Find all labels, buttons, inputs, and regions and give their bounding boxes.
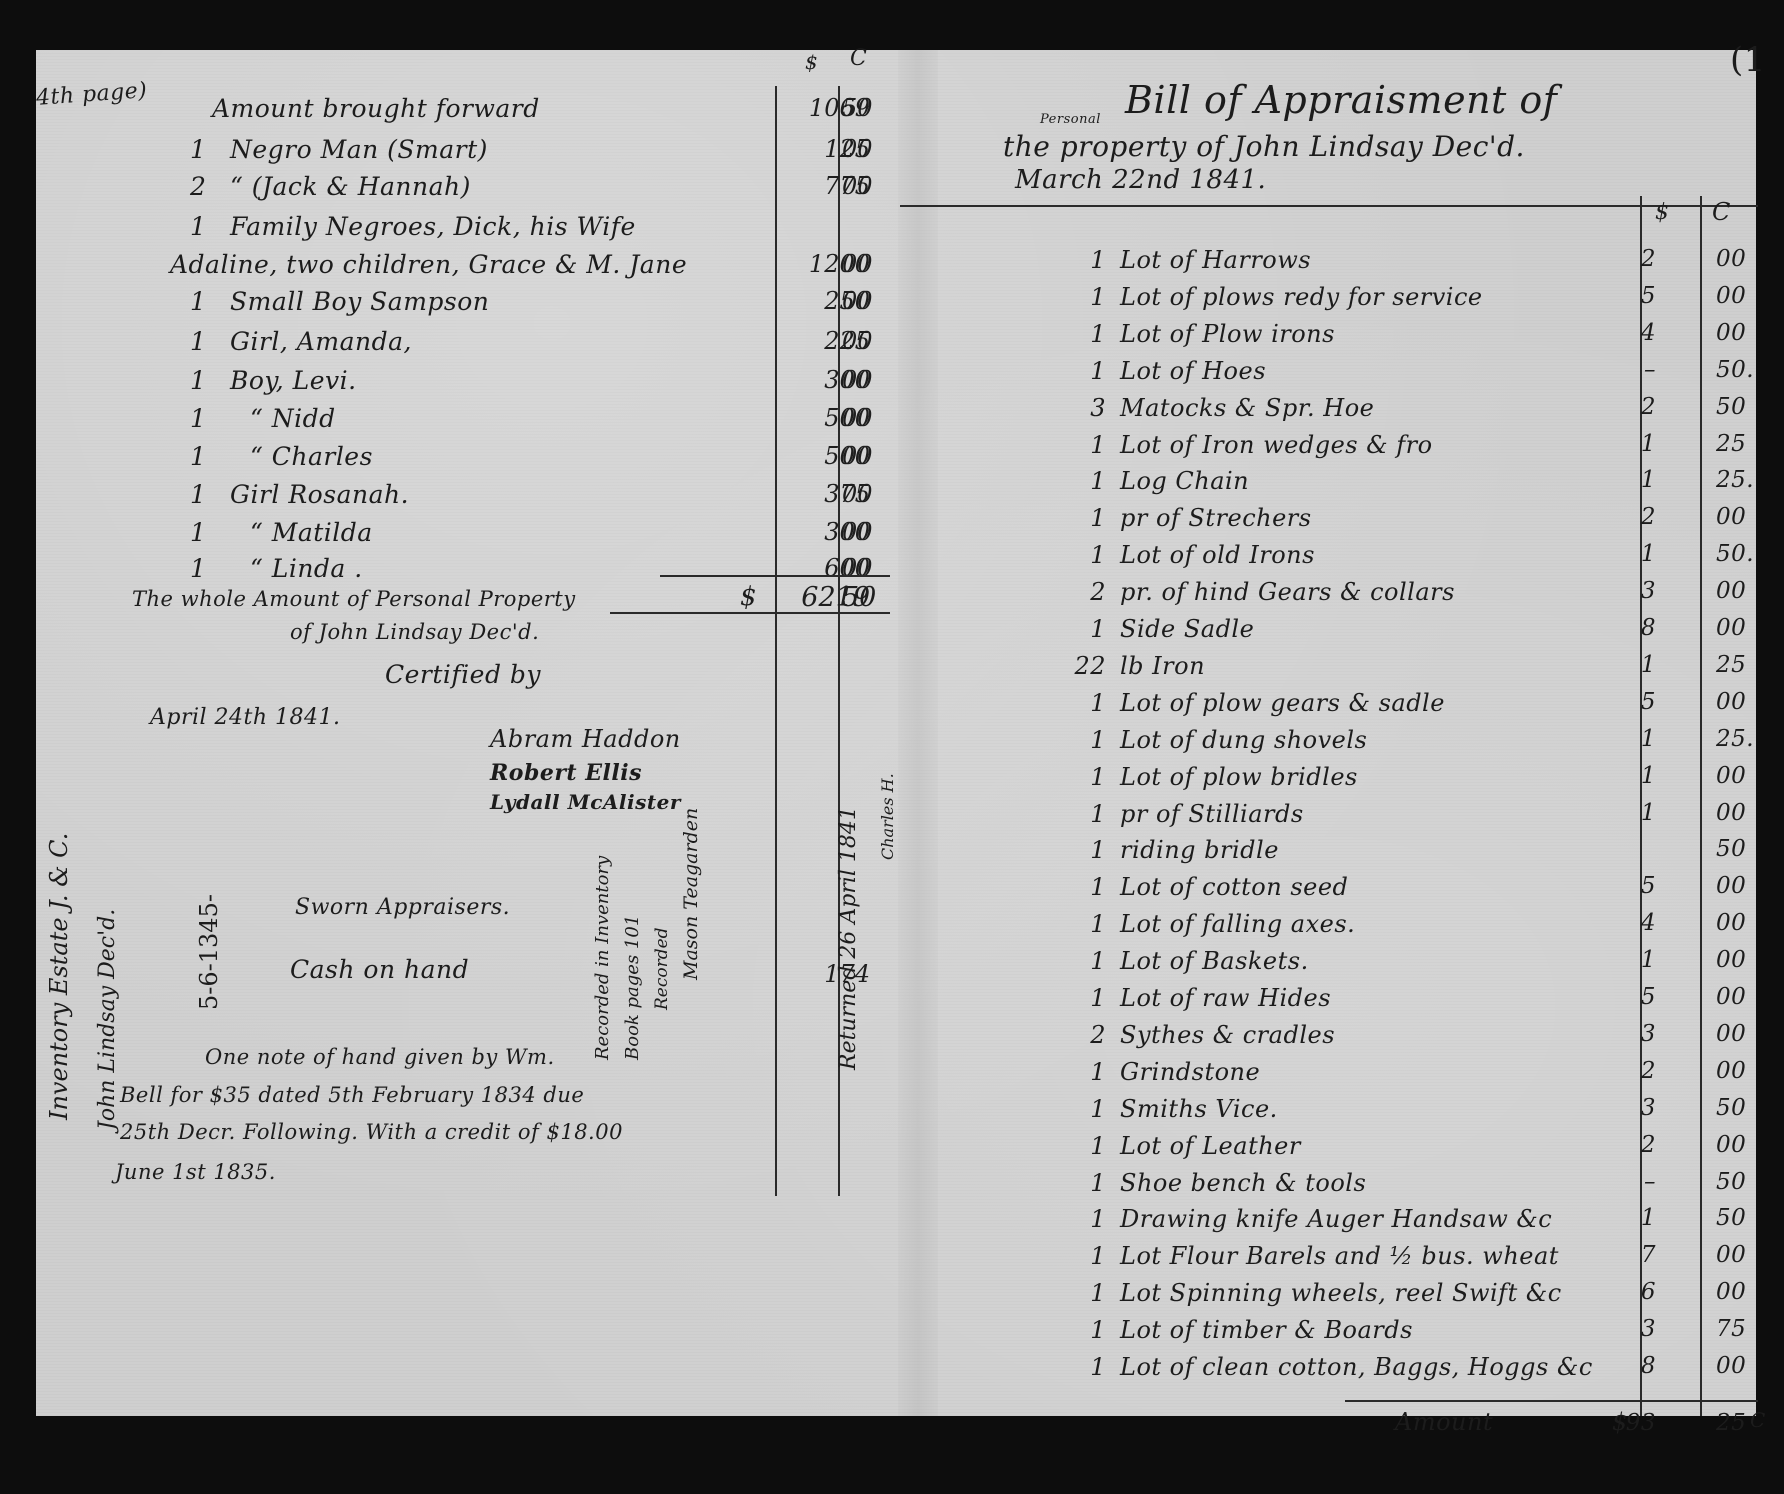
item-cents: 00: [842, 404, 892, 432]
item-desc: Shoe bench & tools: [1120, 1169, 1366, 1197]
item-qty: 1: [1070, 1132, 1106, 1160]
item-desc: Lot of clean cotton, Baggs, Hoggs &c: [1120, 1353, 1593, 1381]
item-desc: Lot of Plow irons: [1120, 320, 1335, 348]
item-desc: Smiths Vice.: [1120, 1095, 1278, 1123]
item-cents: 00: [1716, 873, 1766, 899]
item-desc: Lot of raw Hides: [1120, 984, 1331, 1012]
item-qty: 2: [1070, 578, 1106, 606]
item-cents: 00: [842, 135, 892, 163]
item-qty: 1: [1070, 1279, 1106, 1307]
item-qty: 1: [1070, 357, 1106, 385]
item-qty: 1: [1070, 984, 1106, 1012]
item-dollars: 1: [1600, 467, 1656, 493]
item-qty: 1: [1070, 615, 1106, 643]
item-dollars: 4: [1600, 910, 1656, 936]
item-qty: 1: [190, 404, 220, 433]
item-cents: 25.: [1716, 726, 1766, 752]
item-dollars: 2: [1600, 246, 1656, 272]
item-desc: riding bridle: [1120, 836, 1279, 864]
brought-forward-cents: 50: [842, 94, 892, 122]
item-desc: Matocks & Spr. Hoe: [1120, 394, 1374, 422]
item-desc: Lot of plows redy for service: [1120, 283, 1483, 311]
item-desc: Lot of Hoes: [1120, 357, 1266, 385]
item-qty: 1: [1070, 1316, 1106, 1344]
item-cents: 00: [1716, 910, 1766, 936]
item-desc: Negro Man (Smart): [230, 135, 488, 164]
item-cents: 25: [1716, 652, 1766, 678]
item-cents: 00: [1716, 320, 1766, 346]
item-cents: 00: [1716, 1242, 1766, 1268]
item-dollars: –: [1600, 1169, 1656, 1195]
item-desc: Lot of Harrows: [1120, 246, 1311, 274]
item-dollars: 5: [1600, 984, 1656, 1010]
item-qty: 1: [1070, 1058, 1106, 1086]
returned-note-line1: Returned 26 April 1841: [836, 806, 861, 1070]
item-qty: 1: [1070, 1353, 1106, 1381]
item-cents: 00: [1716, 689, 1766, 715]
subtitle-insert: Personal: [1040, 112, 1101, 127]
item-cents: 50.: [1716, 541, 1766, 567]
total-cents: 50: [842, 582, 892, 613]
item-dollars: 1: [1600, 431, 1656, 457]
item-dollars: 1: [1600, 763, 1656, 789]
item-desc: Small Boy Sampson: [230, 287, 489, 316]
item-cents: 00: [1716, 1132, 1766, 1158]
item-desc: Lot of dung shovels: [1120, 726, 1367, 754]
item-qty: 1: [190, 135, 220, 164]
item-desc: Lot of cotton seed: [1120, 873, 1348, 901]
item-cents: 25.: [1716, 467, 1766, 493]
item-desc: Grindstone: [1120, 1058, 1260, 1086]
item-qty: 1: [1070, 1205, 1106, 1233]
item-qty: 1: [1070, 836, 1106, 864]
item-dollars: 7: [1600, 1242, 1656, 1268]
certified-by: Certified by: [385, 660, 541, 689]
item-qty: 1: [1070, 726, 1106, 754]
item-cents: 00: [1716, 504, 1766, 530]
item-cents: 00: [842, 250, 892, 278]
item-desc: pr of Stilliards: [1120, 800, 1304, 828]
item-cents: 00: [842, 366, 892, 394]
recorded-note-line3: Recorded: [652, 927, 672, 1010]
returned-note-line2: Charles H.: [878, 773, 897, 860]
item-desc: Lot of plow gears & sadle: [1120, 689, 1445, 717]
item-desc: “ Charles: [250, 442, 373, 471]
item-desc: “ Linda .: [250, 554, 363, 583]
item-qty: 1: [1070, 763, 1106, 791]
item-qty: 2: [190, 172, 220, 201]
margin-docket-line2: John Lindsay Dec'd.: [95, 909, 120, 1130]
item-cents: 00: [1716, 763, 1766, 789]
item-cents: 00: [1716, 246, 1766, 272]
item-qty: 1: [190, 518, 220, 547]
item-desc: Family Negroes, Dick, his Wife: [230, 212, 636, 241]
item-qty: 1: [1070, 910, 1106, 938]
item-dollars: 1: [1600, 726, 1656, 752]
dollars-header: $: [805, 50, 818, 74]
item-cents: 00: [842, 327, 892, 355]
item-qty: 1: [1070, 689, 1106, 717]
item-qty: 1: [1070, 800, 1106, 828]
item-desc: Side Sadle: [1120, 615, 1254, 643]
item-cents: 00: [842, 442, 892, 470]
item-desc: Adaline, two children, Grace & M. Jane: [170, 250, 687, 279]
item-qty: 1: [1070, 1242, 1106, 1270]
item-cents: 00: [1716, 578, 1766, 604]
recorded-note-line2: Book pages 101: [622, 915, 643, 1060]
note-line: One note of hand given by Wm.: [205, 1045, 555, 1069]
right-total-rule: [1345, 1400, 1758, 1402]
item-qty: 1: [190, 287, 220, 316]
item-cents: 00: [1716, 947, 1766, 973]
total-label-line1: The whole Amount of Personal Property: [132, 587, 576, 611]
item-dollars: 4: [1600, 320, 1656, 346]
item-cents: 25: [1716, 431, 1766, 457]
item-desc: Girl, Amanda,: [230, 327, 412, 356]
item-cents: 00: [842, 554, 892, 582]
item-cents: 50: [1716, 1169, 1766, 1195]
file-number: 5-6-1345-: [195, 894, 223, 1010]
item-qty: 1: [1070, 320, 1106, 348]
item-cents: 50: [1716, 394, 1766, 420]
item-dollars: 6: [1600, 1279, 1656, 1305]
item-cents: 00: [1716, 1353, 1766, 1379]
item-qty: 1: [1070, 504, 1106, 532]
item-cents: 00: [1716, 1058, 1766, 1084]
item-dollars: 1: [1600, 541, 1656, 567]
signature-appraiser-2: Robert Ellis: [490, 760, 642, 786]
item-qty: 1: [1070, 947, 1106, 975]
item-qty: 1: [190, 480, 220, 509]
item-cents: 00: [842, 172, 892, 200]
document-date: March 22nd 1841.: [1015, 165, 1266, 195]
brought-forward-label: Amount brought forward: [212, 94, 540, 123]
item-dollars: 3: [1600, 578, 1656, 604]
signature-appraiser-1: Abram Haddon: [490, 725, 681, 753]
item-desc: Sythes & cradles: [1120, 1021, 1335, 1049]
item-desc: pr. of hind Gears & collars: [1120, 578, 1455, 606]
right-cents-header: C: [1712, 198, 1731, 226]
total-currency: $: [740, 582, 757, 612]
item-desc: Lot of falling axes.: [1120, 910, 1355, 938]
item-qty: 1: [1070, 541, 1106, 569]
item-desc: Lot of Leather: [1120, 1132, 1301, 1160]
item-qty: 1: [190, 327, 220, 356]
right-dollars-header: $: [1655, 200, 1670, 225]
item-dollars: 1: [1600, 947, 1656, 973]
item-desc: Log Chain: [1120, 467, 1249, 495]
right-total-cents-mark: C: [1750, 1408, 1766, 1432]
item-desc: Lot of old Irons: [1120, 541, 1315, 569]
item-dollars: 3: [1600, 1316, 1656, 1342]
item-cents: 00: [842, 287, 892, 315]
item-desc: Lot of Iron wedges & fro: [1120, 431, 1433, 459]
item-dollars: –: [1600, 357, 1656, 383]
right-total-label: Amount: [1395, 1408, 1493, 1436]
cents-header: C: [850, 46, 867, 71]
item-desc: Lot of timber & Boards: [1120, 1316, 1413, 1344]
page-fold: [898, 50, 938, 1416]
item-desc: Drawing knife Auger Handsaw &c: [1120, 1205, 1552, 1233]
item-desc: Boy, Levi.: [230, 366, 357, 395]
item-dollars: 2: [1600, 394, 1656, 420]
cash-on-hand-label: Cash on hand: [290, 955, 469, 984]
item-qty: 1: [1070, 431, 1106, 459]
item-dollars: 1: [1600, 800, 1656, 826]
item-qty: 1: [1070, 246, 1106, 274]
item-qty: 2: [1070, 1021, 1106, 1049]
document-subtitle: the property of John Lindsay Dec'd.: [1003, 130, 1525, 163]
header-rule: [900, 205, 1758, 207]
signature-appraiser-3: Lydall McAlister: [490, 790, 681, 814]
item-qty: 1: [190, 366, 220, 395]
item-dollars: 8: [1600, 1353, 1656, 1379]
item-dollars: 2: [1600, 504, 1656, 530]
item-qty: 1: [1070, 283, 1106, 311]
item-qty: 1: [1070, 1169, 1106, 1197]
total-label-line2: of John Lindsay Dec'd.: [290, 620, 539, 644]
sworn-appraisers-label: Sworn Appraisers.: [295, 895, 510, 920]
item-dollars: 5: [1600, 873, 1656, 899]
item-dollars: 2: [1600, 1058, 1656, 1084]
item-dollars: 5: [1600, 283, 1656, 309]
item-dollars: 1: [1600, 1205, 1656, 1231]
item-cents: 50: [1716, 1205, 1766, 1231]
document-title: Bill of Appraisment of: [1125, 78, 1557, 122]
item-cents: 75: [1716, 1316, 1766, 1342]
note-line: Bell for $35 dated 5th February 1834 due: [120, 1083, 584, 1107]
item-desc: Lot Flour Barels and ½ bus. wheat: [1120, 1242, 1559, 1270]
item-dollars: 3: [1600, 1021, 1656, 1047]
item-qty: 3: [1070, 394, 1106, 422]
item-dollars: 1: [1600, 652, 1656, 678]
right-total-dollars: 93: [1600, 1410, 1656, 1436]
item-dollars: 8: [1600, 615, 1656, 641]
item-desc: “ Matilda: [250, 518, 373, 547]
recorded-note-line4: Mason Teagarden: [680, 808, 702, 980]
item-cents: 00: [842, 518, 892, 546]
item-desc: “ Nidd: [250, 404, 336, 433]
item-dollars: 3: [1600, 1095, 1656, 1121]
item-cents: 00: [1716, 800, 1766, 826]
item-qty: 1: [1070, 1095, 1106, 1123]
item-dollars: 2: [1600, 1132, 1656, 1158]
item-qty: 1: [1070, 467, 1106, 495]
recorded-note-line1: Recorded in Inventory: [592, 856, 613, 1060]
total-rule-top: [660, 575, 890, 577]
item-qty: 1: [190, 554, 220, 583]
item-desc: Girl Rosanah.: [230, 480, 409, 509]
item-cents: 00: [1716, 615, 1766, 641]
item-qty: 1: [1070, 873, 1106, 901]
item-cents: 50: [1716, 1095, 1766, 1121]
item-qty: 1: [190, 442, 220, 471]
item-cents: 00: [1716, 1021, 1766, 1047]
note-line: June 1st 1835.: [115, 1160, 276, 1184]
note-line: 25th Decr. Following. With a credit of $…: [120, 1120, 623, 1144]
item-qty: 1: [190, 212, 220, 241]
item-qty: 22: [1070, 652, 1106, 680]
right-cents-rule: [1700, 196, 1702, 1416]
page-number: (1: [1730, 40, 1766, 80]
item-desc: Lot of plow bridles: [1120, 763, 1358, 791]
item-dollars: 5: [1600, 689, 1656, 715]
margin-docket-line1: Inventory Estate J. & C.: [45, 833, 73, 1120]
item-desc: pr of Strechers: [1120, 504, 1312, 532]
certification-date: April 24th 1841.: [150, 705, 341, 730]
item-cents: 00: [1716, 283, 1766, 309]
item-desc: Lot Spinning wheels, reel Swift &c: [1120, 1279, 1562, 1307]
item-cents: 50.: [1716, 357, 1766, 383]
item-cents: 00: [1716, 1279, 1766, 1305]
item-cents: 00: [1716, 984, 1766, 1010]
item-cents: 00: [842, 480, 892, 508]
item-cents: 50: [1716, 836, 1766, 862]
item-desc: Lot of Baskets.: [1120, 947, 1309, 975]
item-desc: “ (Jack & Hannah): [230, 172, 471, 201]
item-desc: lb Iron: [1120, 652, 1205, 680]
